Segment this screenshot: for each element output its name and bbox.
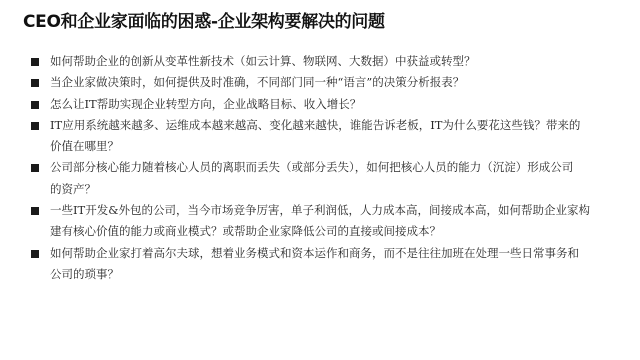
square-bullet-icon: [31, 164, 39, 172]
item-text-continued: 价值在哪里？: [50, 136, 630, 157]
square-bullet-icon: [31, 122, 39, 130]
list-item: 如何帮助企业的创新从变革性新技术（如云计算、物联网、大数据）中获益或转型？: [30, 51, 630, 72]
square-bullet-icon: [31, 58, 39, 66]
list-item: IT应用系统越来越多、运维成本越来越高、变化越来越快，谁能告诉老板，IT为什么要…: [30, 115, 630, 158]
square-bullet-icon: [31, 250, 39, 258]
list-item: 当企业家做决策时，如何提供及时准确，不同部门同一种“语言”的决策分析报表？: [30, 72, 630, 93]
list-item: 一些IT开发&外包的公司，当今市场竞争厉害，单子利润低，人力成本高，间接成本高，…: [30, 200, 630, 243]
item-text-continued: 的资产？: [50, 179, 630, 200]
item-text: IT应用系统越来越多、运维成本越来越高、变化越来越快，谁能告诉老板，IT为什么要…: [50, 115, 630, 136]
item-text: 公司部分核心能力随着核心人员的离职而丢失（或部分丢失），如何把核心人员的能力（沉…: [50, 157, 630, 178]
item-text: 一些IT开发&外包的公司，当今市场竞争厉害，单子利润低，人力成本高，间接成本高，…: [50, 200, 630, 221]
item-text-continued: 建有核心价值的能力或商业模式？或帮助企业家降低公司的直接或间接成本？: [50, 221, 630, 242]
item-text: 当企业家做决策时，如何提供及时准确，不同部门同一种“语言”的决策分析报表？: [50, 72, 630, 93]
bullet-list: 如何帮助企业的创新从变革性新技术（如云计算、物联网、大数据）中获益或转型？ 当企…: [30, 51, 630, 285]
square-bullet-icon: [31, 207, 39, 215]
item-text: 如何帮助企业家打着高尔夫球，想着业务模式和资本运作和商务，而不是往往加班在处理一…: [50, 243, 630, 264]
square-bullet-icon: [31, 101, 39, 109]
item-text-continued: 公司的琐事？: [50, 264, 630, 285]
list-item: 怎么让IT帮助实现企业转型方向，企业战略目标、收入增长？: [30, 94, 630, 115]
list-item: 如何帮助企业家打着高尔夫球，想着业务模式和资本运作和商务，而不是往往加班在处理一…: [30, 243, 630, 286]
slide-title: CEO和企业家面临的困惑-企业架构要解决的问题: [23, 7, 385, 32]
item-text: 怎么让IT帮助实现企业转型方向，企业战略目标、收入增长？: [50, 94, 630, 115]
item-text: 如何帮助企业的创新从变革性新技术（如云计算、物联网、大数据）中获益或转型？: [50, 51, 630, 72]
square-bullet-icon: [31, 79, 39, 87]
list-item: 公司部分核心能力随着核心人员的离职而丢失（或部分丢失），如何把核心人员的能力（沉…: [30, 157, 630, 200]
